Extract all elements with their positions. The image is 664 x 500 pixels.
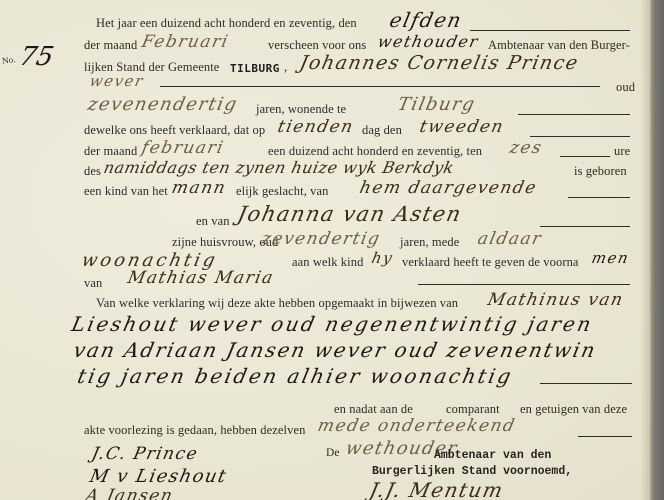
fill-line	[540, 383, 632, 384]
printed-line-11b: jaren, mede	[400, 235, 459, 250]
hw-birth-weekday: tienden	[276, 117, 356, 137]
printed-line-2a: der maand	[84, 38, 137, 53]
hw-mother-name: Johanna van Asten	[235, 202, 464, 226]
hw-residence: Tilburg	[396, 94, 478, 115]
printed-line-18c: en getuigen van deze	[520, 402, 627, 417]
hw-birth-day: tweeden	[418, 117, 506, 137]
signature-declarant: J.C. Prince	[90, 444, 200, 464]
hw-month: Februari	[140, 32, 231, 52]
fill-line	[470, 30, 630, 31]
printed-line-9b: elijk geslacht, van	[236, 184, 329, 199]
fill-line	[540, 226, 630, 227]
municipality-name: TILBURG	[230, 62, 280, 75]
printed-line-6b: dag den	[362, 123, 402, 138]
signature-witness-2: A Jansen	[84, 486, 176, 500]
closing-de: De	[326, 447, 340, 459]
hw-declarant-age: zevenendertig	[86, 94, 240, 115]
printed-line-12a: aan welk kind	[292, 255, 363, 270]
page-gutter-shadow	[650, 0, 664, 500]
fill-line	[568, 197, 630, 198]
printed-van: van	[84, 276, 102, 291]
closing-line-1: Ambtenaar van den	[434, 449, 551, 462]
hw-sex: mann	[170, 178, 228, 198]
hw-witnesses-2: Lieshout wever oud negenentwintig jaren	[69, 312, 595, 336]
hw-witnesses-4: tig jaren beiden alhier woonachtig	[75, 364, 515, 388]
printed-line-7a: der maand	[84, 144, 137, 159]
printed-line-2b: verscheen voor ons	[268, 38, 366, 53]
hw-birth-month: februari	[140, 138, 226, 158]
signature-official: J.J. Mentum	[367, 478, 506, 500]
printed-is-geboren: is geboren	[574, 164, 627, 179]
comma: ,	[284, 60, 287, 75]
printed-line-19: akte voorlezing is gedaan, hebben dezelv…	[84, 423, 305, 438]
closing-line-2: Burgerlijken Stand voornoemd,	[372, 465, 572, 478]
margin-no-label: No.	[1, 54, 16, 66]
margin-record-number: 75	[17, 42, 56, 72]
printed-line-18a: en nadat aan de	[334, 402, 413, 417]
printed-line-14: Van welke verklaring wij deze akte hebbe…	[96, 296, 458, 311]
printed-line-5: jaren, wonende te	[256, 102, 346, 117]
hw-name-suffix: men	[590, 249, 631, 267]
hw-mother-age: zevendertig	[260, 229, 383, 249]
hw-official-role: wethouder	[376, 32, 481, 51]
signature-witness-1: M v Lieshout	[88, 466, 229, 487]
fill-line	[518, 114, 630, 115]
fill-line	[160, 86, 600, 87]
hw-time-place: namiddags ten zynen huize wyk Berkdyk	[102, 158, 456, 177]
hw-birth-hour: zes	[508, 138, 545, 158]
printed-line-6a: dewelke ons heeft verklaard, dat op	[84, 123, 265, 138]
printed-line-2c: Ambtenaar van den Burger-	[488, 38, 630, 53]
fill-line	[530, 136, 630, 137]
hw-mother-residence-1: aldaar	[476, 229, 544, 249]
printed-en-van: en van	[196, 214, 230, 229]
printed-line-18b: comparant	[446, 402, 500, 417]
fill-line	[578, 436, 632, 437]
hw-day: elfden	[387, 8, 464, 32]
printed-ure: ure	[614, 144, 630, 159]
hw-who-named: hy	[370, 249, 395, 267]
hw-child-names: Mathias Maria	[126, 268, 276, 288]
hw-declarant-occupation: wever	[88, 72, 146, 90]
hw-witnesses-3: van Adriaan Jansen wever oud zevenentwin	[71, 338, 599, 362]
hw-father: hem daargevende	[358, 178, 539, 198]
printed-des: des	[84, 164, 101, 179]
printed-line-12b: verklaard heeft te geven de voorna	[402, 255, 579, 270]
printed-oud: oud	[616, 80, 635, 95]
printed-line-1: Het jaar een duizend acht honderd en zev…	[96, 16, 357, 31]
printed-line-9a: een kind van het	[84, 184, 168, 199]
hw-declarant-name: Johannes Cornelis Prince	[298, 52, 581, 74]
printed-line-7b: een duizend acht honderd en zeventig, te…	[268, 144, 482, 159]
hw-witnesses-1: Mathinus van	[486, 290, 626, 310]
fill-line	[560, 156, 610, 157]
fill-line	[418, 284, 630, 285]
hw-signed: mede onderteekend	[316, 416, 518, 436]
